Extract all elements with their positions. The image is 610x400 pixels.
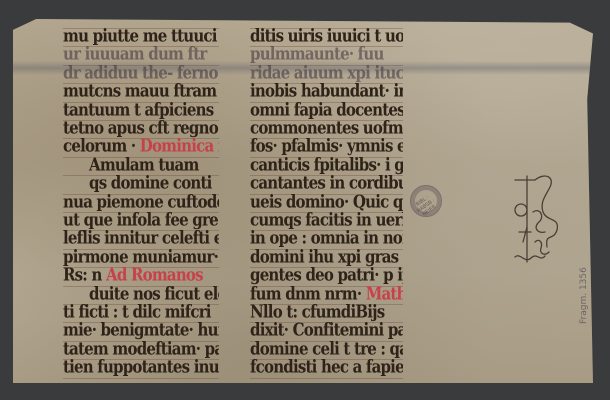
horizontal-ruling [63,378,219,379]
stamp-text: BIBL · HABSB · NEIER [409,190,444,222]
line-text: tien fuppotantes inui [63,357,219,378]
library-stamp: BIBL · HABSB · NEIER [410,185,442,217]
manuscript-line: fcondisti hec a fapientibs [250,356,403,380]
horizontal-ruling [250,378,403,379]
handwritten-signature-icon [505,172,565,267]
parchment-fragment: mu piutte me ttuuciur iuuuam dum ftrdr a… [13,19,593,383]
manuscript-line: tien fuppotantes inui [63,356,219,380]
shelfmark-label: Fragm. 1356 [579,267,589,324]
line-text: fcondisti hec a fapientibs [250,357,403,378]
